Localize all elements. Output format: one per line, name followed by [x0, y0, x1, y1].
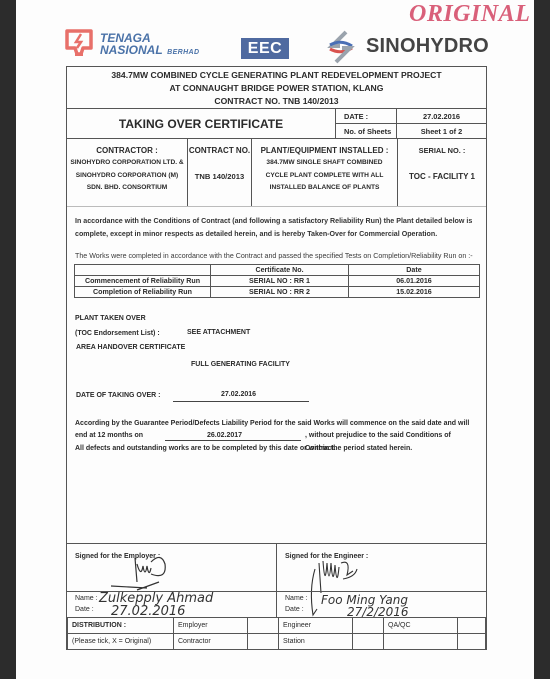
contractor-line: SINOHYDRO CORPORATION LTD. & [67, 157, 187, 170]
taking-over-date-value: 27.02.2016 [221, 391, 256, 398]
certificate-statement: In accordance with the Conditions of Con… [67, 215, 486, 240]
dist-empty-checkbox[interactable] [458, 634, 486, 650]
dist-station-label: Station [279, 634, 353, 650]
employer-name-label: Name : [75, 595, 98, 602]
contractor-line: SDN. BHD. CONSORTIUM [67, 182, 187, 195]
project-title: 384.7MW COMBINED CYCLE GENERATING PLANT … [67, 69, 486, 82]
tnb-suffix: BERHAD [167, 49, 199, 56]
guarantee-line1: According by the Guarantee Period/Defect… [75, 418, 478, 431]
certificate-form: 384.7MW COMBINED CYCLE GENERATING PLANT … [66, 66, 487, 650]
engineer-name-label: Name : [285, 595, 308, 602]
engineer-signature-block: Signed for the Engineer : Name : Date : … [277, 544, 486, 617]
area-handover-value: FULL GENERATING FACILITY [191, 361, 290, 368]
eec-logo: EEC [241, 38, 289, 59]
sheets-value: Sheet 1 of 2 [397, 124, 486, 139]
original-stamp: ORIGINAL [409, 1, 530, 28]
serial-no-label: SERIAL NO. : [398, 145, 486, 157]
dist-engineer-checkbox[interactable] [353, 618, 384, 634]
plant-line: CYCLE PLANT COMPLETE WITH ALL [252, 170, 397, 183]
tnb-logo: TENAGA NASIONAL BERHAD [64, 28, 199, 58]
guarantee-end-label: end at 12 months on [75, 432, 143, 439]
distribution-note: (Please tick, X = Original) [68, 634, 174, 650]
contract-no-cell: CONTRACT NO. TNB 140/2013 [188, 139, 252, 206]
distribution-table: DISTRIBUTION : Employer Engineer QA/QC (… [67, 617, 486, 650]
plant-line: INSTALLED BALANCE OF PLANTS [252, 182, 397, 195]
tnb-name-line2: NASIONAL [100, 43, 163, 57]
table-row: Completion of Reliability Run SERIAL NO … [75, 286, 480, 297]
contractor-line: SINOHYDRO CORPORATION (M) [67, 170, 187, 183]
project-location: AT CONNAUGHT BRIDGE POWER STATION, KLANG [67, 82, 486, 95]
date-label: DATE : [336, 109, 396, 124]
table-cell: SERIAL NO : RR 1 [211, 275, 349, 286]
date-value: 27.02.2016 [397, 109, 486, 124]
sheets-label: No. of Sheets [336, 124, 396, 139]
dist-contractor-label: Contractor [174, 634, 248, 650]
table-header [75, 264, 211, 275]
contract-no-value: TNB 140/2013 [188, 171, 251, 184]
distribution-label: DISTRIBUTION : [68, 618, 174, 634]
contractor-cell: CONTRACTOR : SINOHYDRO CORPORATION LTD. … [67, 139, 188, 206]
employer-signature-block: Signed for the Employer : Name : Date : … [67, 544, 277, 617]
dist-engineer-label: Engineer [279, 618, 353, 634]
guarantee-end-suffix: , without prejudice to the said Conditio… [305, 430, 478, 455]
endorsement-value: SEE ATTACHMENT [187, 329, 250, 336]
certificate-title: TAKING OVER CERTIFICATE [67, 109, 336, 138]
dist-station-checkbox[interactable] [353, 634, 384, 650]
table-row: (Please tick, X = Original) Contractor S… [68, 634, 486, 650]
document-page: ORIGINAL TENAGA NASIONAL BERHAD EEC SINO… [16, 0, 534, 679]
table-row: Commencement of Reliability Run SERIAL N… [75, 275, 480, 286]
guarantee-date-underline [165, 440, 301, 441]
plant-line: 384.7MW SINGLE SHAFT COMBINED [252, 157, 397, 170]
project-contract: CONTRACT NO. TNB 140/2013 [67, 95, 486, 108]
signature-section: Signed for the Employer : Name : Date : … [67, 543, 486, 617]
project-header: 384.7MW COMBINED CYCLE GENERATING PLANT … [67, 67, 486, 109]
serial-no-cell: SERIAL NO. : TOC - FACILITY 1 [398, 139, 486, 206]
dist-employer-checkbox[interactable] [248, 618, 279, 634]
dist-contractor-checkbox[interactable] [248, 634, 279, 650]
engineer-signature-line [277, 591, 486, 592]
reliability-run-table: Certificate No. Date Commencement of Rel… [74, 264, 480, 298]
taking-over-date-underline [173, 401, 309, 402]
employer-date-label: Date : [75, 606, 94, 613]
dist-qaqc-checkbox[interactable] [458, 618, 486, 634]
table-cell: 15.02.2016 [349, 286, 480, 297]
table-cell: Completion of Reliability Run [75, 286, 211, 297]
plant-taken-over-label: PLANT TAKEN OVER [75, 315, 146, 322]
contract-no-label: CONTRACT NO. [188, 145, 251, 157]
sinohydro-logo: SINOHYDRO [366, 35, 489, 58]
guarantee-section: According by the Guarantee Period/Defect… [67, 418, 486, 456]
tnb-lightning-icon [64, 28, 94, 58]
area-handover-label: AREA HANDOVER CERTIFICATE [76, 344, 185, 351]
plant-taken-over-section: PLANT TAKEN OVER (TOC Endorsement List) … [67, 298, 486, 408]
plant-installed-cell: PLANT/EQUIPMENT INSTALLED : 384.7MW SING… [252, 139, 398, 206]
dist-empty-label [384, 634, 458, 650]
table-header: Certificate No. [211, 264, 349, 275]
contractor-label: CONTRACTOR : [67, 145, 187, 157]
sinohydro-swirl-icon [324, 30, 358, 64]
dist-employer-label: Employer [174, 618, 248, 634]
table-header: Date [349, 264, 480, 275]
dist-qaqc-label: QA/QC [384, 618, 458, 634]
table-cell: SERIAL NO : RR 2 [211, 286, 349, 297]
taking-over-date-label: DATE OF TAKING OVER : [76, 392, 161, 399]
employer-signature [107, 552, 177, 592]
endorsement-label: (TOC Endorsement List) : [75, 330, 160, 337]
plant-installed-label: PLANT/EQUIPMENT INSTALLED : [252, 145, 397, 157]
engineer-date-label: Date : [285, 606, 304, 613]
table-cell: Commencement of Reliability Run [75, 275, 211, 286]
table-row: DISTRIBUTION : Employer Engineer QA/QC [68, 618, 486, 634]
table-cell: 06.01.2016 [349, 275, 480, 286]
works-statement: The Works were completed in accordance w… [67, 250, 486, 263]
serial-no-value: TOC - FACILITY 1 [398, 171, 486, 184]
